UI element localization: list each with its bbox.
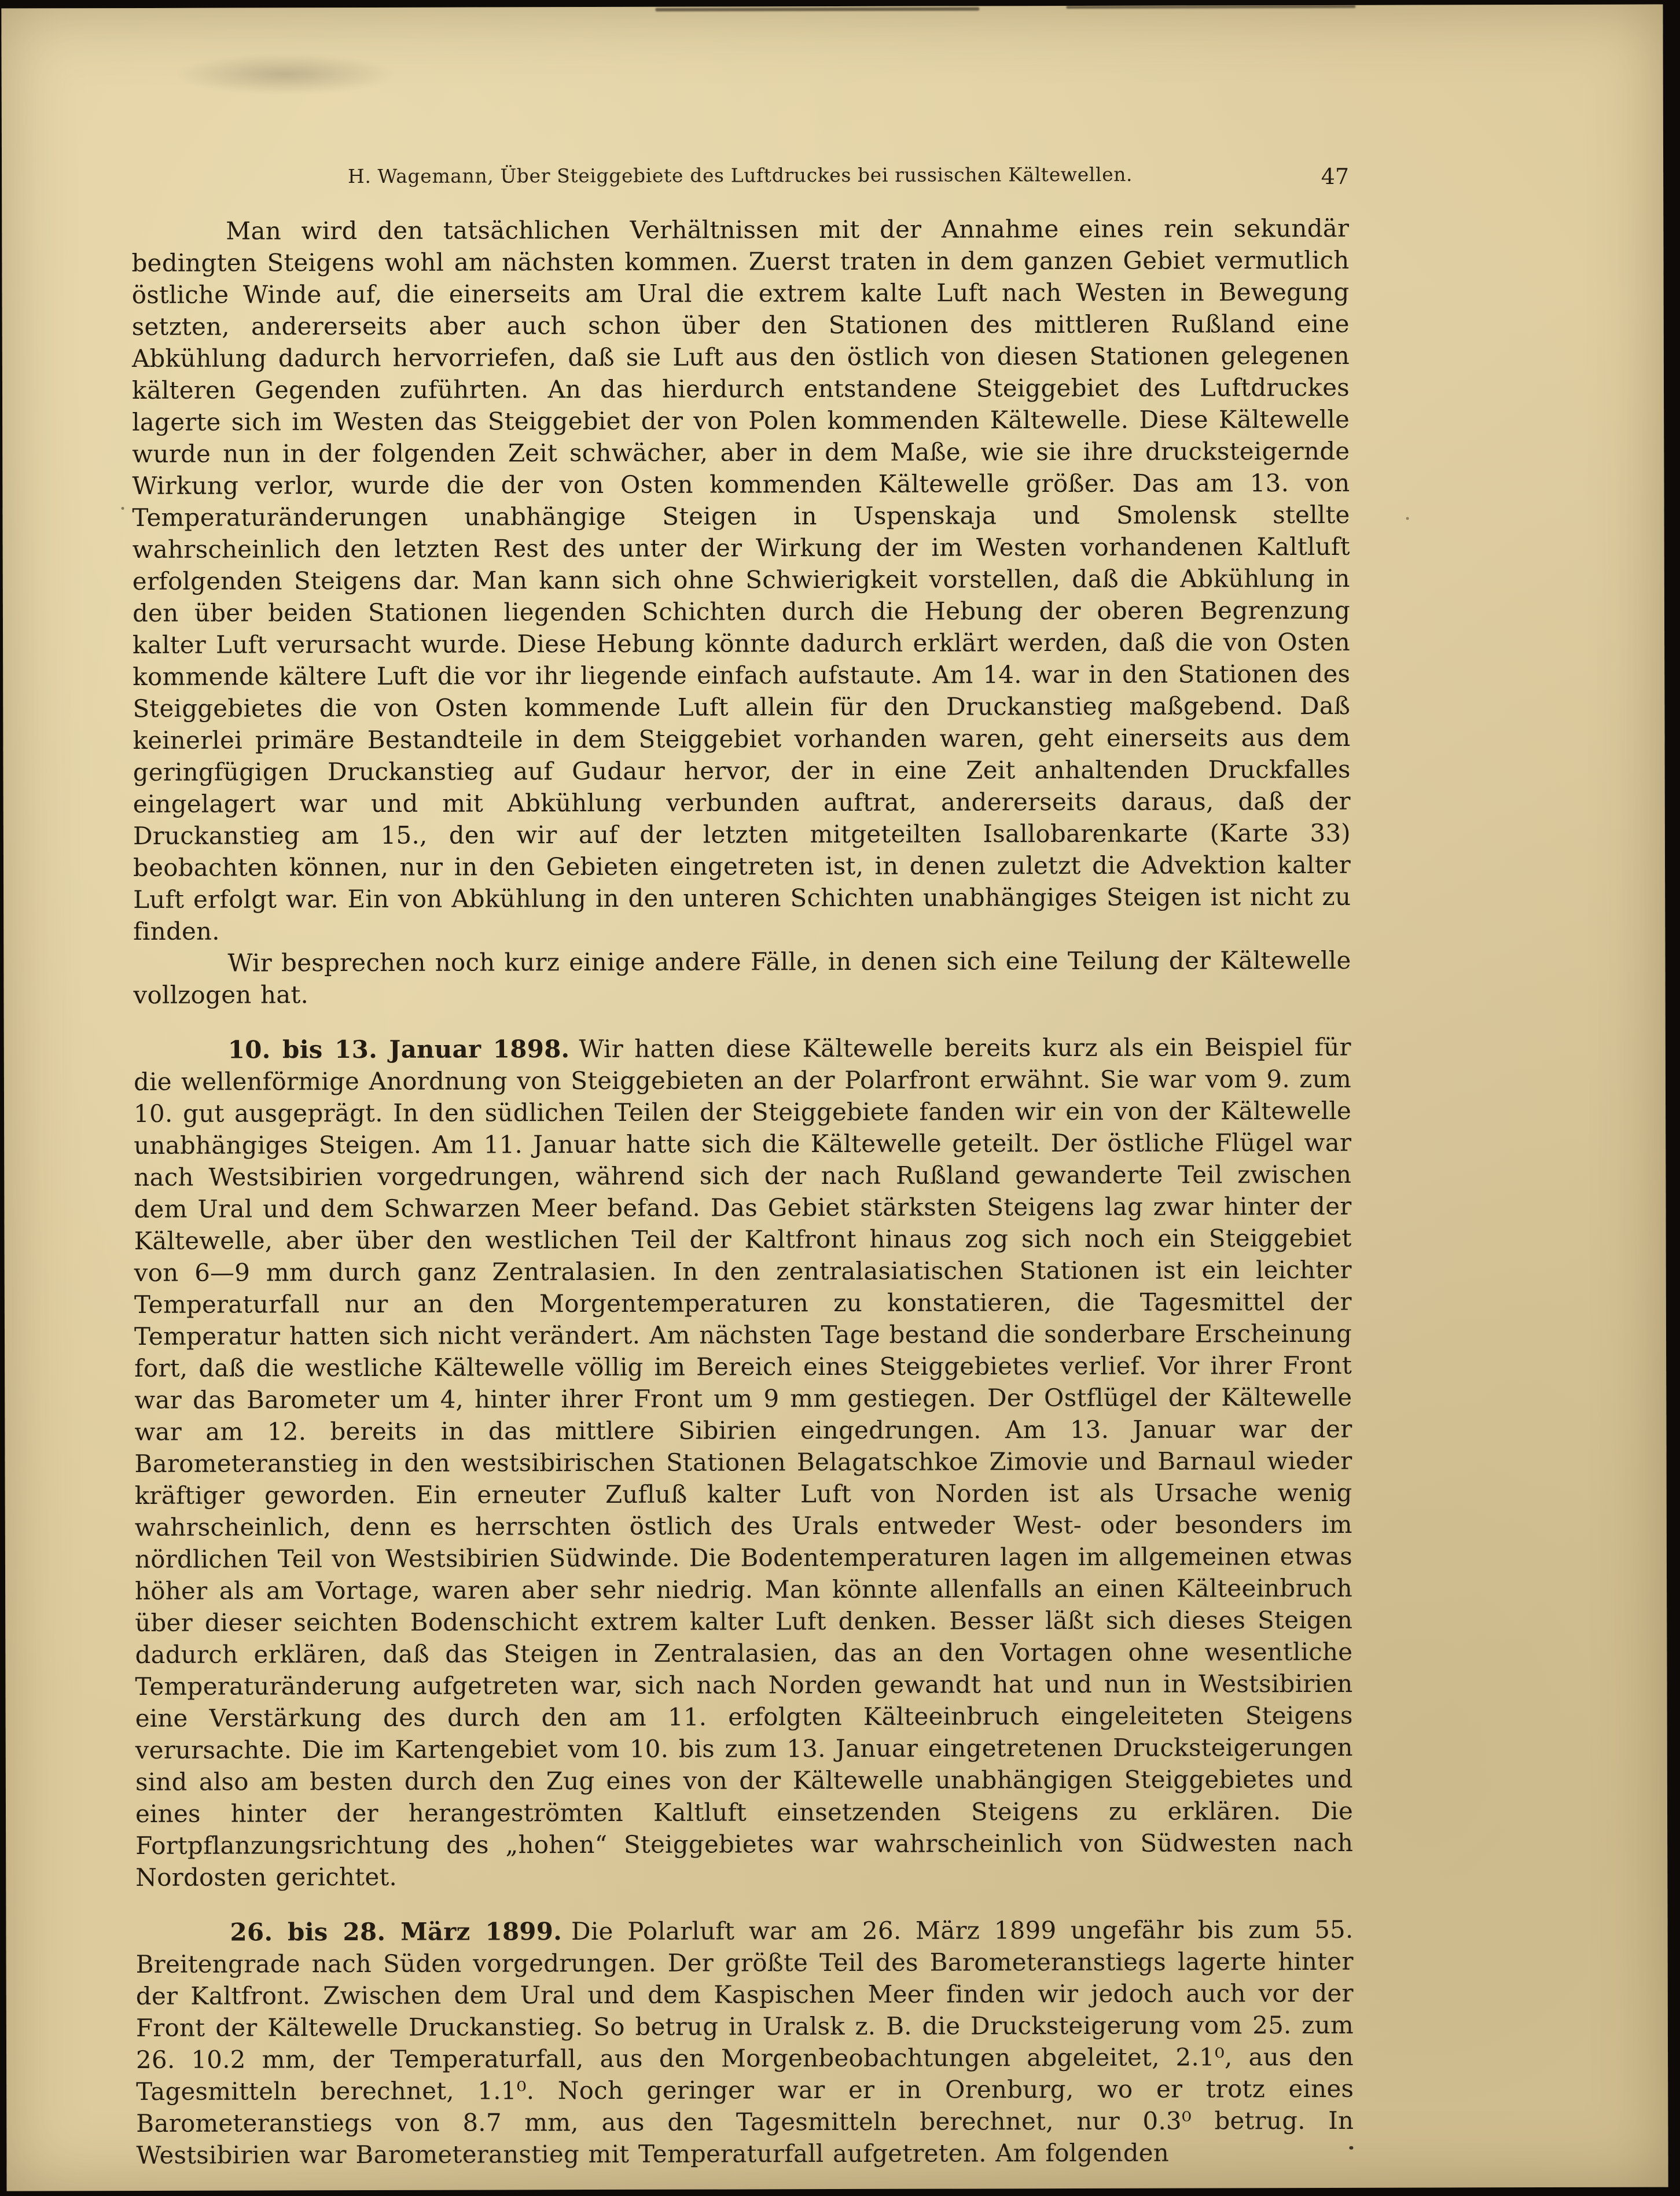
- scanned-document-page: H. Wagemann, Über Steiggebiete des Luftd…: [0, 0, 1680, 2196]
- paragraph-case-march-1899: 26. bis 28. März 1899.Die Polarluft war …: [135, 1914, 1354, 2171]
- text-column: H. Wagemann, Über Steiggebiete des Luftd…: [131, 163, 1354, 2171]
- paragraph-text: Man wird den tatsächlichen Verhältnissen…: [131, 214, 1351, 946]
- body-text: Man wird den tatsächlichen Verhältnissen…: [131, 212, 1354, 2171]
- scan-smudge: [175, 54, 395, 95]
- running-header: H. Wagemann, Über Steiggebiete des Luftd…: [131, 163, 1349, 188]
- scan-edge-mark: [1066, 5, 1355, 9]
- paragraph-text: Wir besprechen noch kurz einige andere F…: [134, 946, 1351, 1009]
- case-date-heading: 26. bis 28. März 1899.: [230, 1917, 562, 1946]
- paragraph-transition: Wir besprechen noch kurz einige andere F…: [133, 944, 1351, 1011]
- scan-speck: [122, 507, 124, 510]
- page-number: 47: [1321, 164, 1349, 189]
- paragraph-case-january-1898: 10. bis 13. Januar 1898.Wir hatten diese…: [134, 1031, 1354, 1893]
- paragraph-text: Die Polarluft war am 26. März 1899 ungef…: [136, 1915, 1354, 2169]
- paragraph-text: Wir hatten diese Kältewelle bereits kurz…: [134, 1033, 1353, 1892]
- scan-speck: [1406, 517, 1409, 520]
- case-date-heading: 10. bis 13. Januar 1898.: [228, 1035, 570, 1064]
- scan-edge-mark: [655, 7, 979, 11]
- paragraph-discussion: Man wird den tatsächlichen Verhältnissen…: [131, 212, 1351, 947]
- page-paper: H. Wagemann, Über Steiggebiete des Luftd…: [1, 4, 1668, 2191]
- running-header-row: H. Wagemann, Über Steiggebiete des Luftd…: [131, 163, 1349, 193]
